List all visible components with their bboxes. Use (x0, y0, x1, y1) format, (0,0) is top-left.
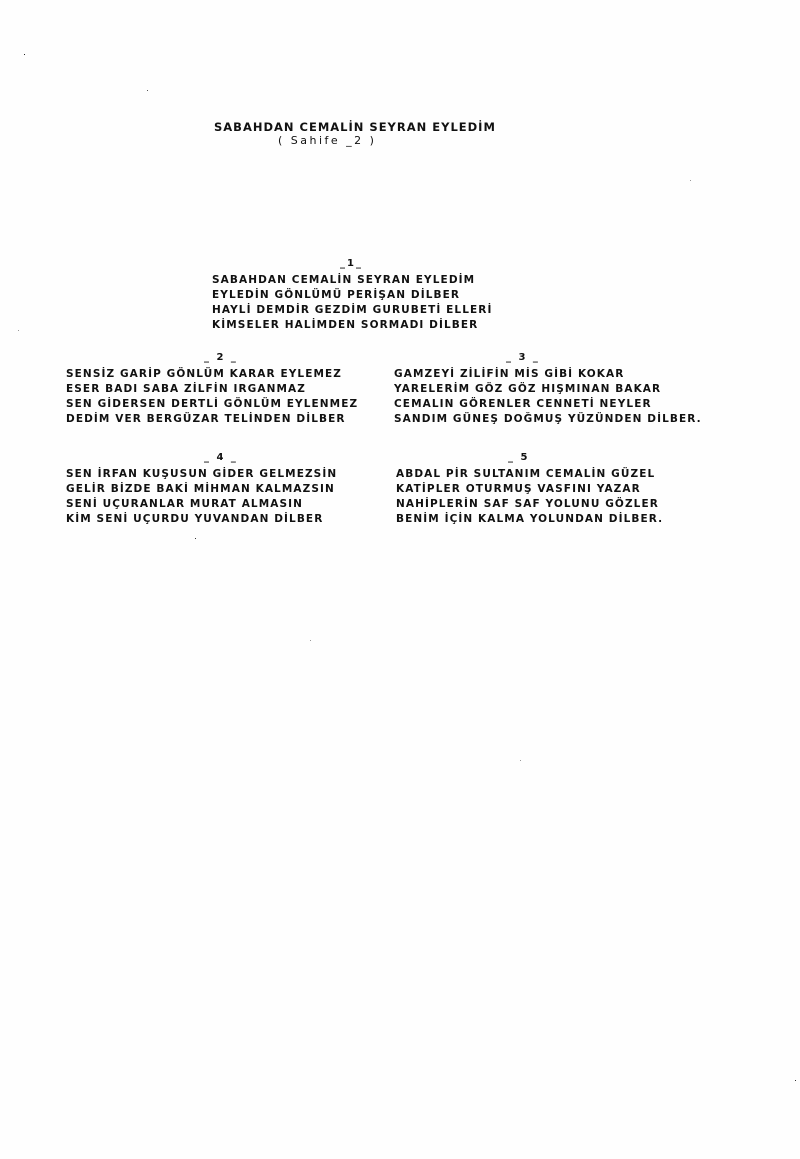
verse-line: HAYLİ DEMDİR GEZDİM GURUBETİ ELLERİ (212, 303, 492, 318)
verse-line: SEN GİDERSEN DERTLİ GÖNLÜM EYLENMEZ (66, 397, 358, 412)
scan-speck (795, 1080, 796, 1081)
verse-line: SEN İRFAN KUŞUSUN GİDER GELMEZSİN (66, 467, 337, 482)
verse-line: ESER BADI SABA ZİLFİN IRGANMAZ (66, 382, 358, 397)
verse-line: EYLEDİN GÖNLÜMÜ PERİŞAN DİLBER (212, 288, 492, 303)
scan-speck (147, 90, 148, 91)
verse-line: KATİPLER OTURMUŞ VASFINI YAZAR (396, 482, 663, 497)
scan-speck (24, 54, 25, 55)
verse-line: SABAHDAN CEMALİN SEYRAN EYLEDİM (212, 273, 492, 288)
stanza-3: _ 3 _ GAMZEYİ ZİLİFİN MİS GİBİ KOKAR YAR… (394, 350, 702, 427)
stanza-5: _ 5 ABDAL PİR SULTANIM CEMALİN GÜZEL KAT… (396, 450, 663, 527)
stanza-number: _ 3 _ (394, 350, 702, 365)
verse-line: CEMALIN GÖRENLER CENNETİ NEYLER (394, 397, 702, 412)
verse-line: ABDAL PİR SULTANIM CEMALİN GÜZEL (396, 467, 663, 482)
verse-line: KİM SENİ UÇURDU YUVANDAN DİLBER (66, 512, 337, 527)
verse-line: GAMZEYİ ZİLİFİN MİS GİBİ KOKAR (394, 367, 702, 382)
scan-speck (690, 180, 691, 181)
page-number-label: ( Sahife _2 ) (278, 134, 376, 147)
scan-speck (520, 760, 521, 761)
stanza-number: _ 4 _ (66, 450, 337, 465)
stanza-2: _ 2 _ SENSİZ GARİP GÖNLÜM KARAR EYLEMEZ … (66, 350, 358, 427)
stanza-number: _1_ (212, 256, 492, 271)
verse-line: DEDİM VER BERGÜZAR TELİNDEN DİLBER (66, 412, 358, 427)
stanza-number: _ 2 _ (66, 350, 358, 365)
document-title: SABAHDAN CEMALİN SEYRAN EYLEDİM (214, 120, 496, 134)
verse-line: NAHİPLERİN SAF SAF YOLUNU GÖZLER (396, 497, 663, 512)
scan-speck (310, 640, 311, 641)
verse-line: BENİM İÇİN KALMA YOLUNDAN DİLBER. (396, 512, 663, 527)
stanza-number: _ 5 (396, 450, 663, 465)
verse-line: SENİ UÇURANLAR MURAT ALMASIN (66, 497, 337, 512)
verse-line: YARELERİM GÖZ GÖZ HIŞMINAN BAKAR (394, 382, 702, 397)
verse-line: KİMSELER HALİMDEN SORMADI DİLBER (212, 318, 492, 333)
stanza-4: _ 4 _ SEN İRFAN KUŞUSUN GİDER GELMEZSİN … (66, 450, 337, 527)
stanza-1: _1_ SABAHDAN CEMALİN SEYRAN EYLEDİM EYLE… (212, 256, 492, 333)
document-page: SABAHDAN CEMALİN SEYRAN EYLEDİM ( Sahife… (0, 0, 800, 1159)
scan-speck (195, 538, 196, 539)
scan-speck (18, 330, 19, 331)
verse-line: GELİR BİZDE BAKİ MİHMAN KALMAZSIN (66, 482, 337, 497)
verse-line: SENSİZ GARİP GÖNLÜM KARAR EYLEMEZ (66, 367, 358, 382)
verse-line: SANDIM GÜNEŞ DOĞMUŞ YÜZÜNDEN DİLBER. (394, 412, 702, 427)
